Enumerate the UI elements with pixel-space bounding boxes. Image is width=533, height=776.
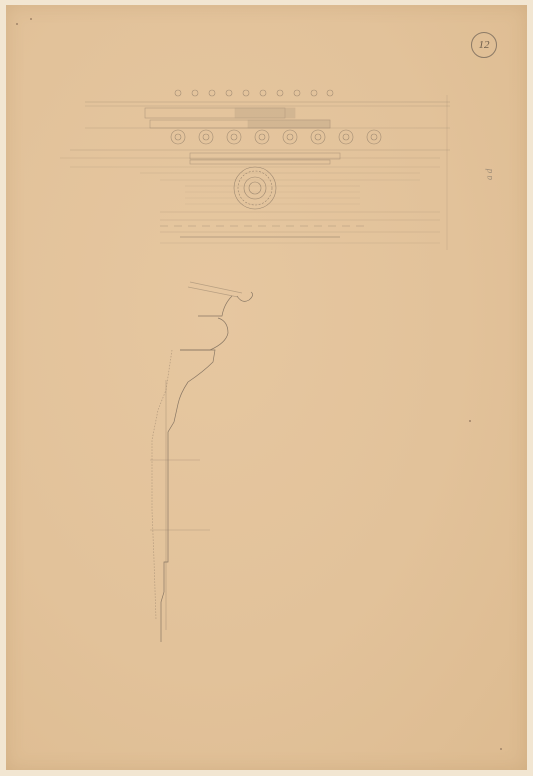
frieze-elevation <box>60 90 450 250</box>
foxing-spot <box>16 23 18 25</box>
drawing-canvas <box>0 0 533 776</box>
foxing-spot <box>469 420 471 422</box>
foxing-spot <box>30 18 32 20</box>
cornice-profile-section <box>150 282 253 642</box>
foxing-spot <box>500 748 502 750</box>
